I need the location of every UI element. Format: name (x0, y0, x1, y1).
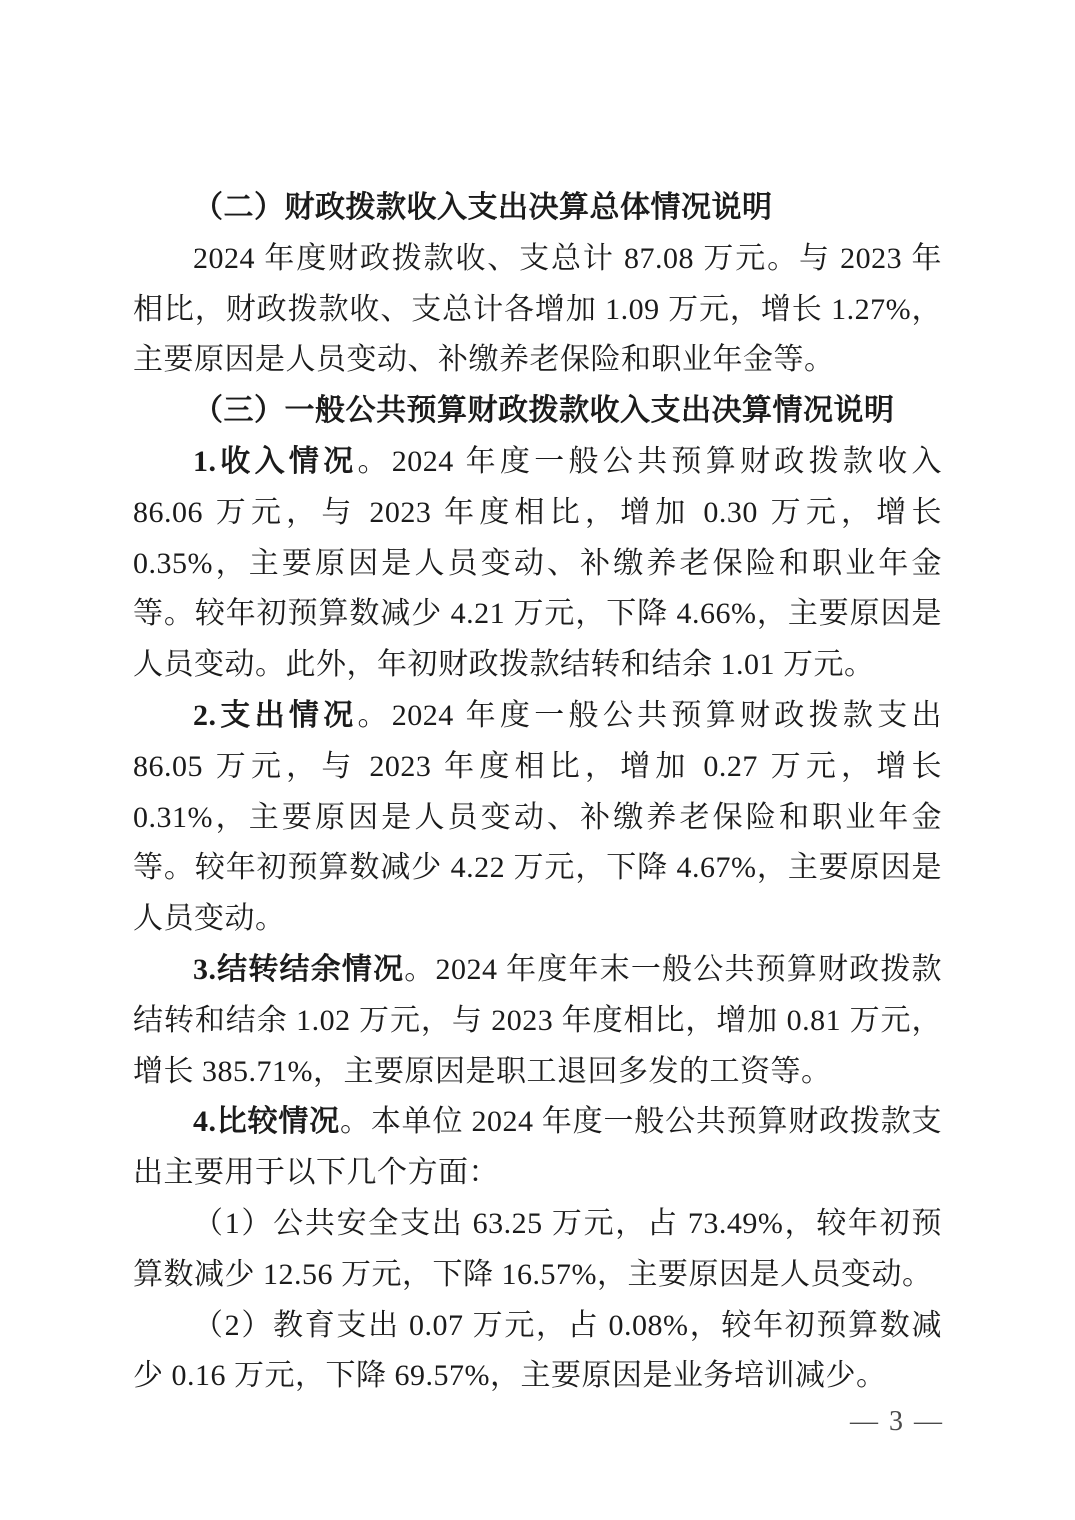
paragraph-lead-carryover: 3.结转结余情况 (193, 953, 404, 986)
paragraph-text: 。2024 年度一般公共预算财政拨款支出 86.05 万元，与 2023 年度相… (133, 699, 942, 935)
paragraph-fiscal-appropriation-overview: 2024 年度财政拨款收、支总计 87.08 万元。与 2023 年相比，财政拨… (133, 234, 942, 386)
paragraph-lead-income: 1.收入情况 (193, 445, 358, 478)
paragraph-income-situation: 1.收入情况。2024 年度一般公共预算财政拨款收入 86.06 万元，与 20… (133, 437, 942, 691)
section-heading-general-public-budget: （三）一般公共预算财政拨款收入支出决算情况说明 (133, 386, 942, 437)
paragraph-text: （1）公共安全支出 63.25 万元，占 73.49%，较年初预算数减少 12.… (133, 1207, 942, 1291)
document-page: （二）财政拨款收入支出决算总体情况说明 2024 年度财政拨款收、支总计 87.… (0, 0, 1075, 1520)
paragraph-comparison-situation: 4.比较情况。本单位 2024 年度一般公共预算财政拨款支出主要用于以下几个方面… (133, 1097, 942, 1199)
paragraph-carryover-balance-situation: 3.结转结余情况。2024 年度年末一般公共预算财政拨款结转和结余 1.02 万… (133, 945, 942, 1097)
section-heading-fiscal-appropriation-overview: （二）财政拨款收入支出决算总体情况说明 (133, 183, 942, 234)
paragraph-expenditure-situation: 2.支出情况。2024 年度一般公共预算财政拨款支出 86.05 万元，与 20… (133, 691, 942, 945)
paragraph-education-expenditure: （2）教育支出 0.07 万元，占 0.08%，较年初预算数减少 0.16 万元… (133, 1301, 942, 1403)
paragraph-public-safety-expenditure: （1）公共安全支出 63.25 万元，占 73.49%，较年初预算数减少 12.… (133, 1199, 942, 1301)
page-number: — 3 — (850, 1404, 944, 1440)
paragraph-text: 2024 年度财政拨款收、支总计 87.08 万元。与 2023 年相比，财政拨… (133, 242, 942, 377)
paragraph-lead-comparison: 4.比较情况 (193, 1105, 340, 1138)
paragraph-text: （2）教育支出 0.07 万元，占 0.08%，较年初预算数减少 0.16 万元… (133, 1309, 942, 1393)
paragraph-text: 。2024 年度一般公共预算财政拨款收入 86.06 万元，与 2023 年度相… (133, 445, 942, 681)
paragraph-lead-expenditure: 2.支出情况 (193, 699, 358, 732)
document-body: （二）财政拨款收入支出决算总体情况说明 2024 年度财政拨款收、支总计 87.… (133, 183, 942, 1402)
